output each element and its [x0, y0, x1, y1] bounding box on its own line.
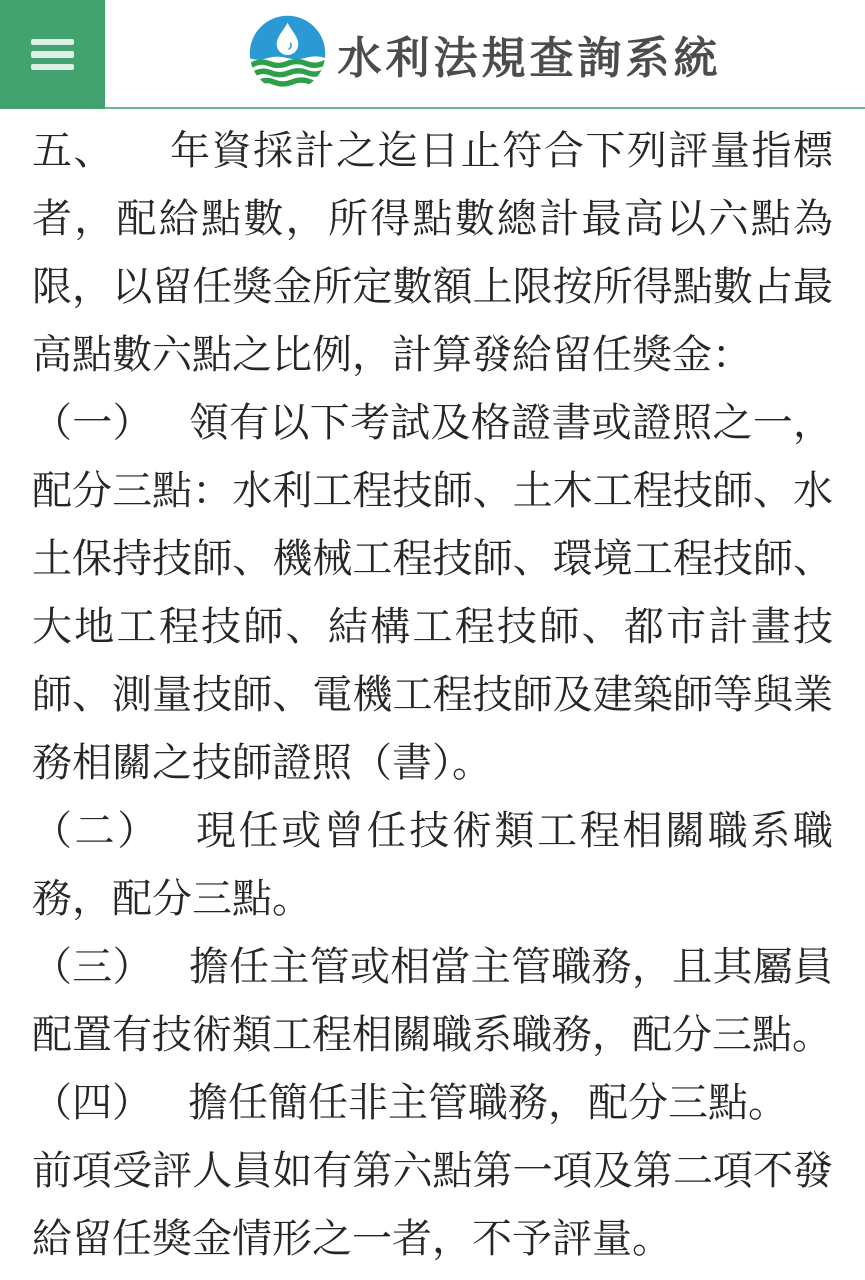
legal-paragraph: （二）現任或曾任技術類工程相關職系職務，配分三點。	[32, 797, 833, 933]
clause-text: 年資採計之迄日止符合下列評量指標者，配給點數，所得點數總計最高以六點為限，以留任…	[32, 129, 833, 377]
clause-label: （一）	[32, 401, 153, 445]
site-title: 水利法規查詢系統	[338, 22, 722, 86]
clause-label: （二）	[32, 809, 160, 853]
legal-text-content: 五、年資採計之迄日止符合下列評量指標者，配給點數，所得點數總計最高以六點為限，以…	[0, 109, 865, 1273]
clause-label: （四）	[32, 1081, 152, 1125]
brand-home-link[interactable]: 水利法規查詢系統	[105, 0, 865, 107]
clause-text: 領有以下考試及格證書或證照之一，配分三點：水利工程技師、土木工程技師、水土保持技…	[32, 401, 833, 785]
menu-button[interactable]	[0, 0, 105, 109]
clause-label: 五、	[32, 129, 115, 173]
legal-paragraph: 前項受評人員如有第六點第一項及第二項不發給留任獎金情形之一者，不予評量。	[32, 1137, 833, 1273]
page: 水利法規查詢系統 五、年資採計之迄日止符合下列評量指標者，配給點數，所得點數總計…	[0, 0, 865, 1280]
water-agency-logo-icon	[249, 15, 326, 92]
hamburger-icon	[31, 39, 74, 71]
clause-label: （三）	[32, 945, 153, 989]
legal-paragraph: （三）擔任主管或相當主管職務，且其屬員配置有技術類工程相關職系職務，配分三點。	[32, 933, 833, 1069]
legal-paragraph: （一）領有以下考試及格證書或證照之一，配分三點：水利工程技師、土木工程技師、水土…	[32, 389, 833, 797]
clause-text: 擔任簡任非主管職務，配分三點。	[188, 1081, 788, 1125]
legal-paragraph: 五、年資採計之迄日止符合下列評量指標者，配給點數，所得點數總計最高以六點為限，以…	[32, 117, 833, 389]
clause-text: 前項受評人員如有第六點第一項及第二項不發給留任獎金情形之一者，不予評量。	[32, 1149, 833, 1261]
legal-paragraph: （四）擔任簡任非主管職務，配分三點。	[32, 1069, 833, 1137]
header: 水利法規查詢系統	[0, 0, 865, 109]
